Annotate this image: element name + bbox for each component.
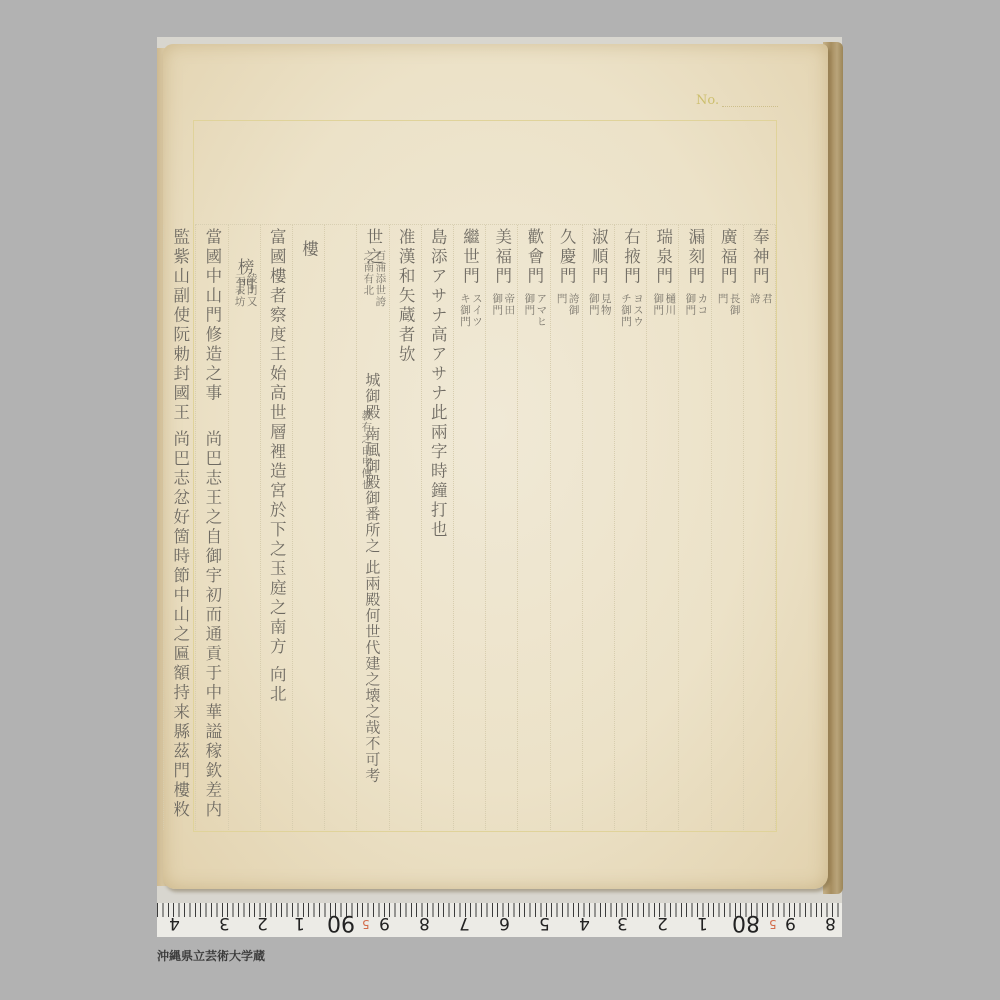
column-annotation: 樋川 bbox=[664, 293, 675, 316]
ruler-number: 90 bbox=[327, 910, 355, 935]
column-text: 歡會門 bbox=[525, 228, 542, 287]
column-divider bbox=[389, 225, 390, 830]
ruler-half-mark: 5 bbox=[769, 917, 777, 931]
column-divider bbox=[421, 225, 422, 830]
column-annotation: 之南有北 bbox=[362, 250, 373, 296]
column-text: 繼世門 bbox=[461, 228, 478, 287]
column-annotation: 御門 bbox=[652, 293, 663, 316]
page-number-blank bbox=[722, 106, 778, 107]
column-divider bbox=[356, 225, 357, 830]
ruler-number: 8 bbox=[825, 913, 836, 933]
column-text-continued: 尚巴志忿好箇時節中山之匾額持来縣茲門樓敉 bbox=[171, 430, 188, 820]
column-text: 當國中山門修造之事 bbox=[203, 228, 220, 404]
column-text-continued: 察度王始高世層裡造宮於下之玉庭之南方 向北 bbox=[268, 306, 285, 704]
column-divider bbox=[582, 225, 583, 830]
column-text: 廣福門 bbox=[719, 228, 736, 287]
ruler-number: 1 bbox=[697, 913, 708, 933]
column-annotation: 教有之由申傳也 bbox=[360, 410, 371, 491]
column-divider bbox=[517, 225, 518, 830]
ruler-number: 3 bbox=[617, 913, 628, 933]
column-text: 監紫山副使阮勅封國王 bbox=[171, 228, 188, 423]
ruler-number: 8 bbox=[419, 913, 430, 933]
column-divider bbox=[195, 225, 196, 830]
column-text: 右掖門 bbox=[622, 228, 639, 287]
column-annotation: カコ bbox=[696, 293, 707, 316]
column-annotation: 云表坊 bbox=[234, 273, 245, 308]
ruler-number: 2 bbox=[657, 913, 668, 933]
ruler-number: 9 bbox=[379, 913, 390, 933]
column-text: 美福門 bbox=[493, 228, 510, 287]
ruler-number: 1 bbox=[294, 913, 305, 933]
column-divider bbox=[228, 225, 229, 830]
column-annotation: 御門 bbox=[491, 293, 502, 316]
column-divider bbox=[485, 225, 486, 830]
column-divider bbox=[614, 225, 615, 830]
column-annotation: 門 bbox=[717, 293, 728, 305]
column-annotation: 帝田 bbox=[503, 293, 514, 316]
ruler-number: 80 bbox=[732, 910, 760, 935]
column-annotation: 御門 bbox=[588, 293, 599, 316]
column-divider bbox=[453, 225, 454, 830]
column-text: 准漢和矢蔵者欤 bbox=[397, 228, 414, 365]
column-divider bbox=[324, 225, 325, 830]
column-annotation: スイツ bbox=[471, 293, 482, 328]
column-divider bbox=[550, 225, 551, 830]
ruler-number: 6 bbox=[499, 913, 510, 933]
column-divider bbox=[743, 225, 744, 830]
column-text: 島添アサナ高アサナ此兩字時鐘打也 bbox=[429, 228, 446, 540]
column-text-continued: 尚巴志王之自御宇初而通貢于中華謚稼欽差内 bbox=[203, 430, 220, 820]
measuring-ruler: 432190987654321809855 bbox=[157, 903, 842, 937]
column-annotation: 長御 bbox=[729, 293, 740, 316]
ruler-number: 3 bbox=[219, 913, 230, 933]
column-divider bbox=[292, 225, 293, 830]
ruler-number: 7 bbox=[459, 913, 470, 933]
column-annotation: チ御門 bbox=[620, 293, 631, 328]
column-annotation: 君 bbox=[761, 293, 772, 305]
ruler-number: 4 bbox=[579, 913, 590, 933]
page-number-label: No. bbox=[696, 93, 719, 108]
column-divider bbox=[163, 225, 164, 830]
column-annotation: 誇御 bbox=[568, 293, 579, 316]
column-annotation: 御門 bbox=[684, 293, 695, 316]
column-divider bbox=[678, 225, 679, 830]
column-text: 奉神門 bbox=[751, 228, 768, 287]
column-annotation: 綾門又 bbox=[246, 273, 257, 308]
column-text: 漏刻門 bbox=[686, 228, 703, 287]
ruler-number: 9 bbox=[785, 913, 796, 933]
ruler-number: 4 bbox=[169, 913, 180, 933]
column-text: 久慶門 bbox=[558, 228, 575, 287]
column-divider bbox=[775, 225, 776, 830]
column-text: 樓 bbox=[300, 240, 317, 260]
ruler-number: 2 bbox=[257, 913, 268, 933]
column-text: 瑞泉門 bbox=[654, 228, 671, 287]
column-text: 富國樓者 bbox=[268, 228, 285, 306]
column-annotation: 見物 bbox=[600, 293, 611, 316]
column-annotation: 誇 bbox=[749, 293, 760, 305]
column-annotation: キ御門 bbox=[459, 293, 470, 328]
column-divider bbox=[646, 225, 647, 830]
ruler-number: 5 bbox=[539, 913, 550, 933]
column-annotation: ヨスウ bbox=[632, 293, 643, 328]
column-text: 淑順門 bbox=[590, 228, 607, 287]
column-annotation: 百浦添世誇 bbox=[374, 250, 385, 308]
column-annotation: 御門 bbox=[523, 293, 534, 316]
column-divider bbox=[711, 225, 712, 830]
column-annotation: アマヒ bbox=[535, 293, 546, 328]
ruler-half-mark: 5 bbox=[362, 917, 370, 931]
collection-caption: 沖縄県立芸術大学蔵 bbox=[157, 947, 265, 964]
column-divider bbox=[260, 225, 261, 830]
column-annotation: 門 bbox=[556, 293, 567, 305]
